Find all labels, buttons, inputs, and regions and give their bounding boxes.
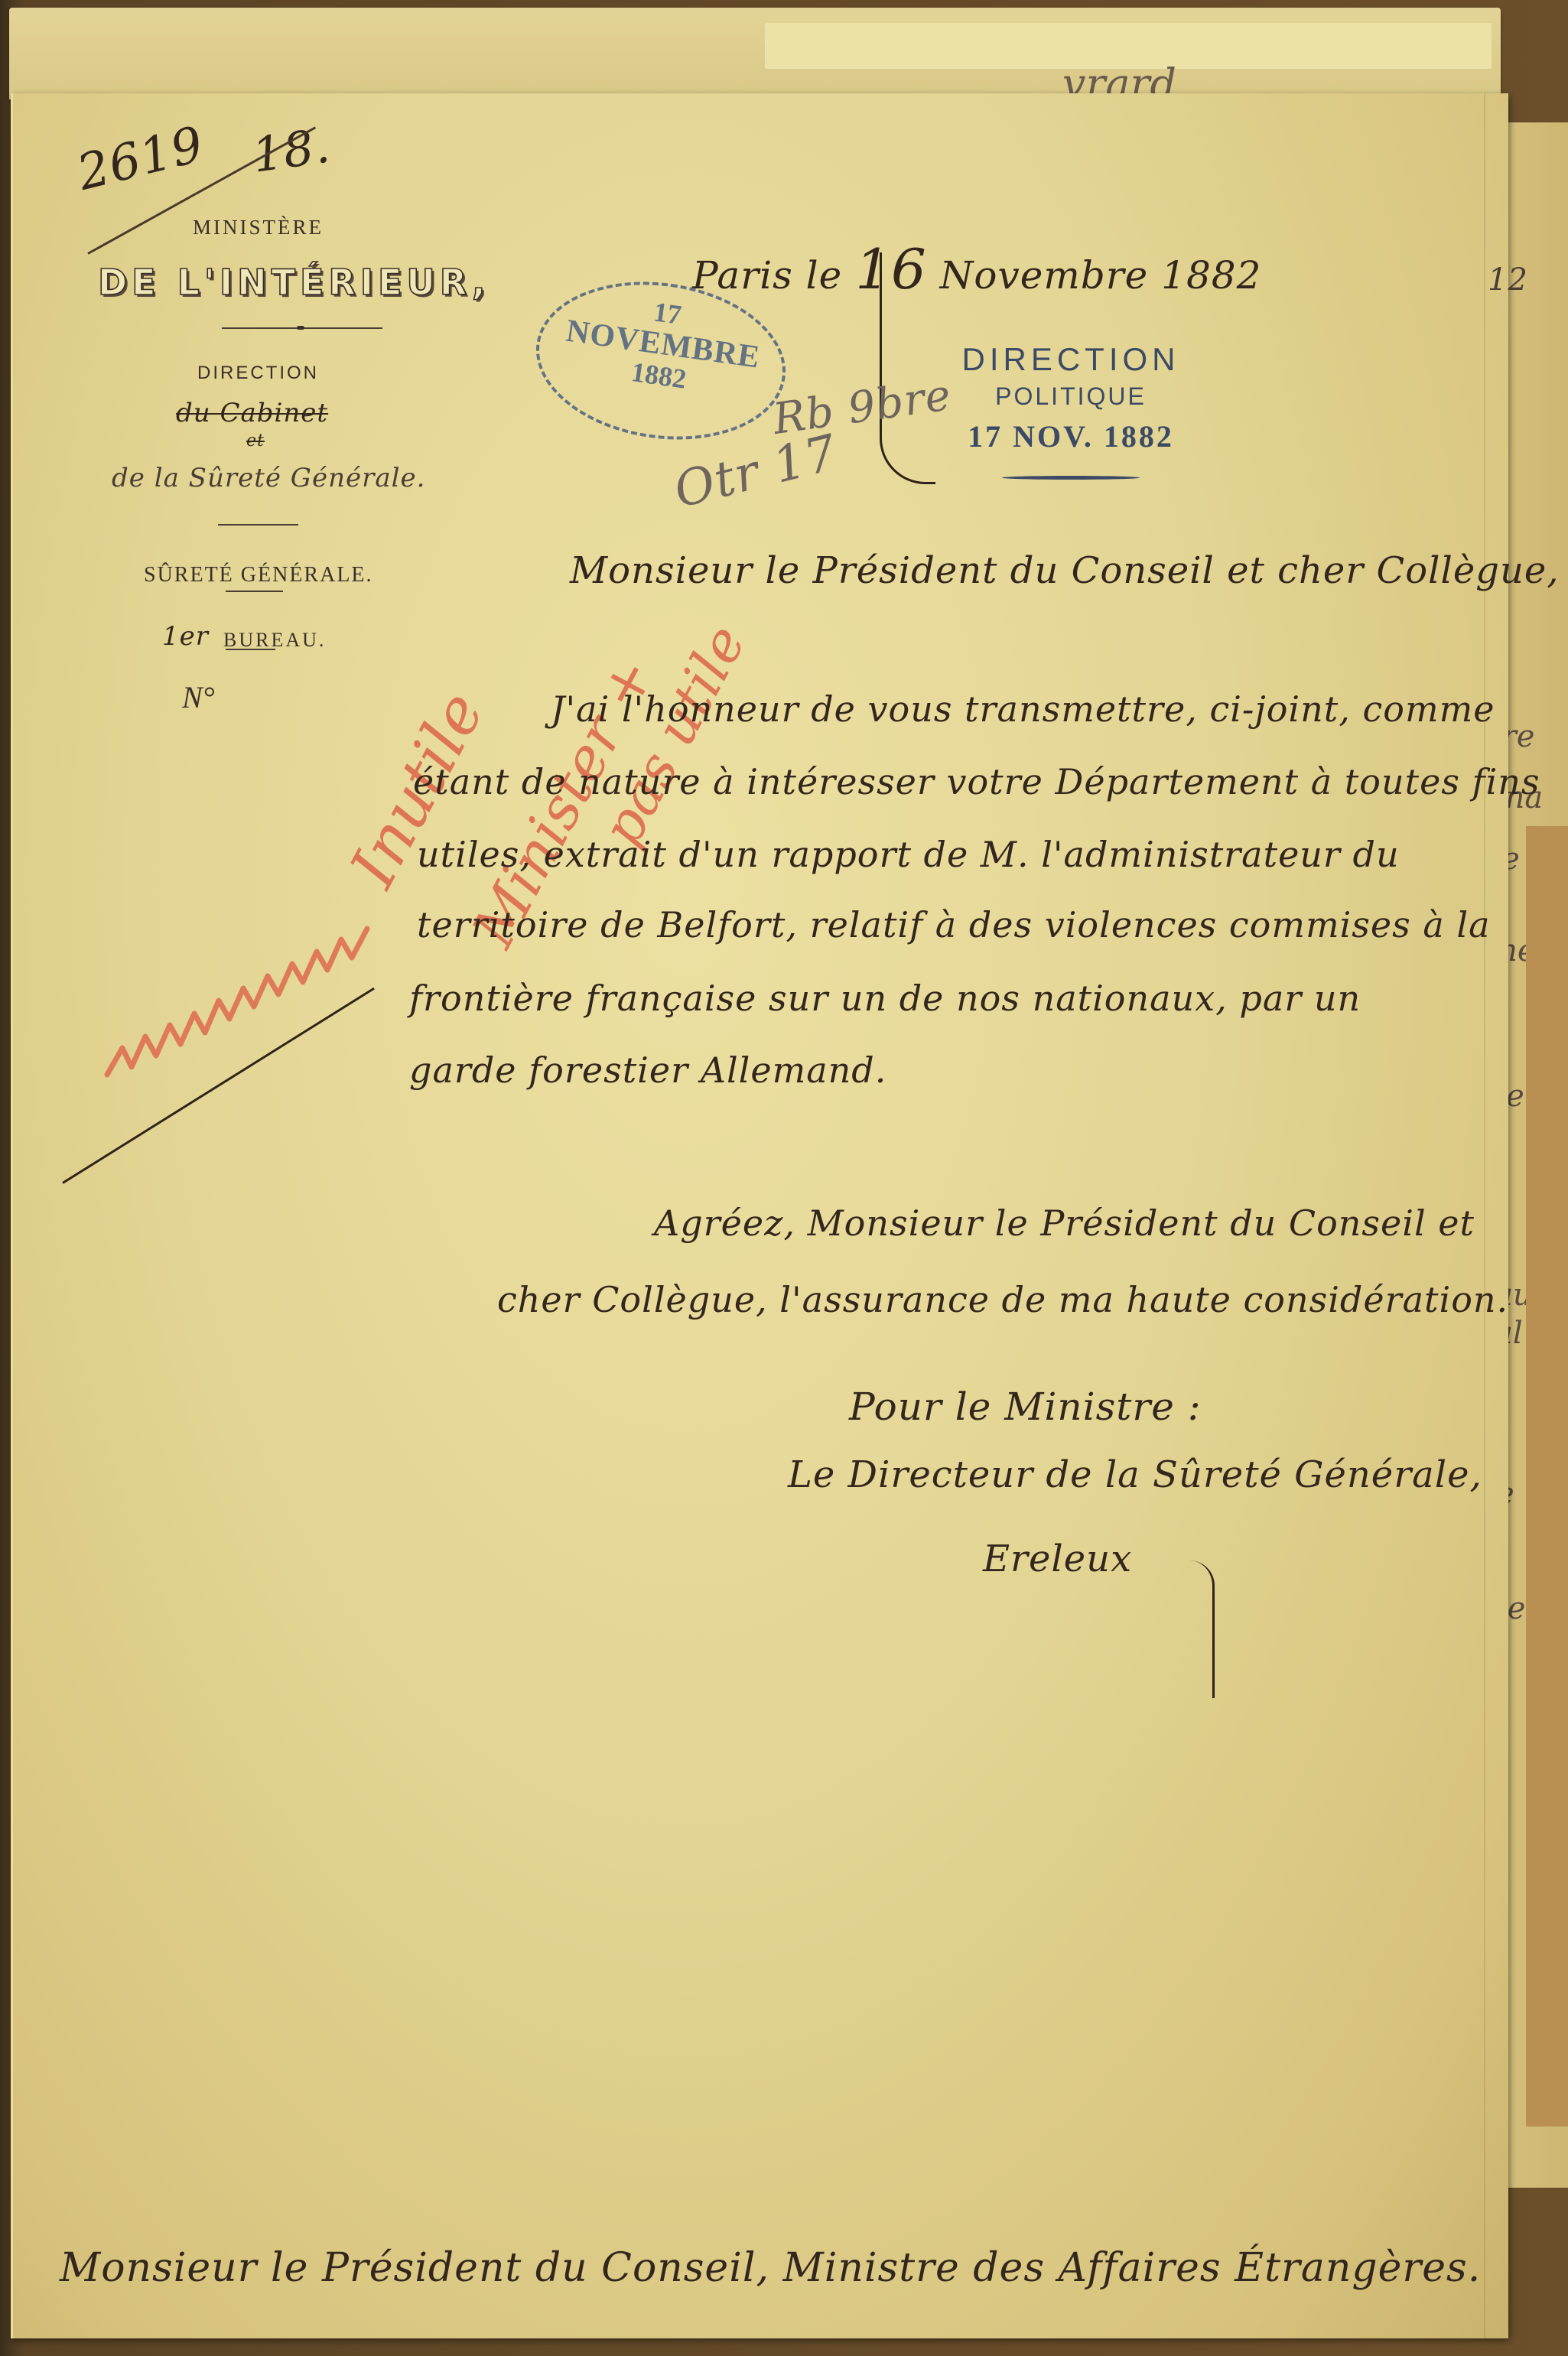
- bureau-ordinal: 1er: [162, 621, 209, 652]
- struck-du-cabinet: du Cabinet: [176, 398, 328, 428]
- body-line: J'ai l'honneur de vous transmettre, ci-j…: [551, 688, 1495, 730]
- document-photograph: …vrard ère gna re e me t re au al e le 2…: [0, 0, 1568, 2356]
- signature-flourish: [1189, 1560, 1215, 1698]
- dateline-place: Paris le: [692, 253, 842, 298]
- signature: Ereleux: [983, 1538, 1132, 1580]
- body-line: territoire de Belfort, relatif à des vio…: [417, 904, 1491, 945]
- closing-line: Agréez, Monsieur le Président du Conseil…: [654, 1202, 1475, 1244]
- letterhead-ministry-name: DE L'INTÉRIEUR,: [98, 262, 490, 303]
- body-line: utiles, extrait d'un rapport de M. l'adm…: [417, 834, 1400, 875]
- letterhead-divider: [226, 591, 283, 592]
- letterhead-direction-of: de la Sûreté Générale.: [112, 463, 425, 493]
- letterhead-numero: N°: [182, 679, 215, 715]
- sheet-edge-line: [1484, 93, 1485, 2338]
- letterhead-direction: DIRECTION: [197, 363, 319, 384]
- reference-suffix: 18.: [249, 117, 333, 183]
- stamp-politique: POLITIQUE: [926, 382, 1216, 411]
- divider-ornament: [297, 326, 304, 330]
- stamp-date: 17 NOV. 1882: [926, 418, 1216, 454]
- dateline-month-year: Novembre 1882: [940, 253, 1262, 298]
- letterhead-divider: [218, 524, 298, 526]
- signature-title: Le Directeur de la Sûreté Générale,: [788, 1453, 1482, 1496]
- page-number: 12: [1488, 262, 1528, 298]
- body-line: étant de nature à intéresser votre Dépar…: [413, 761, 1540, 802]
- direction-politique-stamp: DIRECTION POLITIQUE 17 NOV. 1882: [926, 341, 1216, 480]
- back-sheet-edge: [1526, 826, 1568, 2127]
- letterhead-divider: [226, 649, 275, 650]
- salutation: Monsieur le Président du Conseil et cher…: [570, 549, 1560, 592]
- addressee: Monsieur le Président du Conseil, Minist…: [60, 2245, 1481, 2291]
- closing-line: cher Collègue, l'assurance de ma haute c…: [497, 1279, 1508, 1320]
- stamp-flourish: [1002, 476, 1140, 480]
- body-line: frontière française sur un de nos nation…: [409, 978, 1361, 1019]
- stamp-direction: DIRECTION: [926, 341, 1216, 378]
- dateline: Paris le 16 Novembre 1882: [692, 237, 1261, 301]
- struck-et: et: [246, 431, 265, 451]
- body-line: garde forestier Allemand.: [409, 1049, 886, 1091]
- letterhead-division: SÛRETÉ GÉNÉRALE.: [144, 563, 373, 587]
- letterhead-ministere: MINISTÈRE: [193, 216, 324, 239]
- signature-for-minister: Pour le Ministre :: [849, 1385, 1202, 1429]
